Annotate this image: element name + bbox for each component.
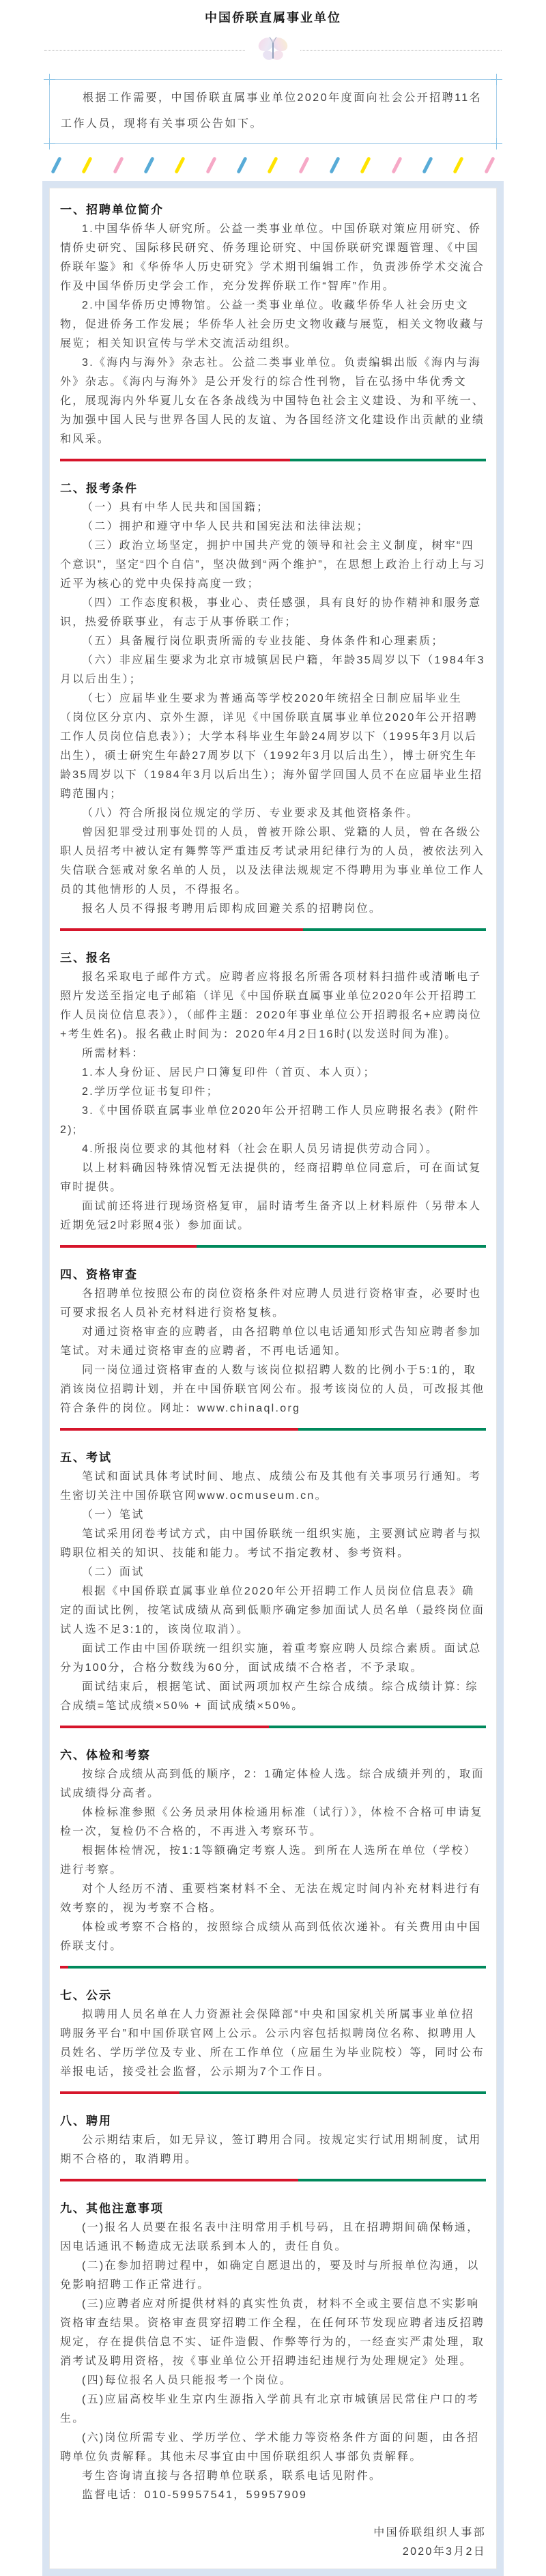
paragraph: 面试工作由中国侨联统一组织实施，着重考察应聘人员综合素质。面试总分为100分，合… <box>60 1640 486 1678</box>
slash-decoration <box>55 155 491 175</box>
slash-mark-icon <box>143 156 154 173</box>
announcement-section: 五、考试 笔试和面试具体考试时间、地点、成绩公布及其他有关事项另行通知。考生密切… <box>60 1448 486 1716</box>
paragraph: 报名人员不得报考聘用后即构成回避关系的招聘岗位。 <box>60 900 486 919</box>
page-title: 中国侨联直属事业单位 <box>0 8 546 27</box>
announcement-section: 九、其他注意事项 (一)报名人员要在报名表中注明常用手机号码，且在招聘期间确保畅… <box>60 2199 486 2505</box>
section-heading: 八、聘用 <box>60 2112 486 2131</box>
divider-red-segment <box>60 1966 68 1969</box>
section-heading: 一、招聘单位简介 <box>60 201 486 220</box>
intro-paragraph: 根据工作需要，中国侨联直属事业单位2020年度面向社会公开招聘11名工作人员，现… <box>61 85 485 137</box>
divider-red-segment <box>60 2179 298 2181</box>
divider-green-segment <box>179 2091 486 2094</box>
paragraph: (五)应届高校毕业生京内生源指入学前具有北京市城镇居民常住户口的考生。 <box>60 2390 486 2429</box>
paragraph: （五）具备履行岗位职责所需的专业技能、身体条件和心理素质； <box>60 632 486 651</box>
paragraph: (二)在参加招聘过程中，如确定自愿退出的，要及时与所报单位沟通，以免影响招聘工作… <box>60 2257 486 2295</box>
announcement-section: 一、招聘单位简介 1.中国华侨华人研究所。公益一类事业单位。中国侨联对策应用研究… <box>60 201 486 449</box>
paragraph: 所需材料： <box>60 1044 486 1063</box>
paragraph: 以上材料确因特殊情况暂无法提供的，经商招聘单位同意后，可在面试复审时提供。 <box>60 1159 486 1197</box>
paragraph: 2.学历学位证书复印件； <box>60 1083 486 1102</box>
slash-mark-icon <box>205 156 216 173</box>
section-divider <box>60 928 486 931</box>
divider-green-segment <box>298 2179 486 2181</box>
paragraph: 按综合成绩从高到低的顺序，2：1确定体检人选。综合成绩并列的，取面试成绩得分高者… <box>60 1765 486 1803</box>
announcement-section: 二、报考条件 （一）具有中华人民共和国国籍； （二）拥护和遵守中华人民共和国宪法… <box>60 479 486 919</box>
slash-mark-icon <box>236 156 247 173</box>
section-divider <box>60 1245 486 1248</box>
butterfly-decoration-row <box>44 27 502 71</box>
corner-cross-icon <box>491 74 502 85</box>
paragraph: 公示期结束后，如无异议，签订聘用合同。按规定实行试用期制度，试用期不合格的，取消… <box>60 2131 486 2169</box>
divider-red-segment <box>60 1245 197 1248</box>
section-divider <box>60 2091 486 2094</box>
paragraph: （六）非应届生要求为北京市城镇居民户籍，年龄35周岁以下（1984年3月以后出生… <box>60 651 486 689</box>
paragraph: 1.本人身份证、居民户口簿复印件（首页、本人页）； <box>60 1063 486 1083</box>
butterfly-icon <box>246 33 300 65</box>
paragraph: （二）拥护和遵守中华人民共和国宪法和法律法规； <box>60 517 486 536</box>
divider-red-segment <box>60 459 290 461</box>
paragraph: （一）笔试 <box>60 1506 486 1525</box>
paragraph: 3.《海内与海外》杂志社。公益二类事业单位。负责编辑出版《海内与海外》杂志。《海… <box>60 354 486 449</box>
paragraph: 面试前还将进行现场资格复审，届时请考生备齐以上材料原件（另带本人近期免冠2吋彩照… <box>60 1197 486 1235</box>
paragraph: 根据体检情况，按1:1等额确定考察人选。到所在人选所在单位（学校）进行考察。 <box>60 1842 486 1880</box>
paragraph: （四）工作态度积极，事业心、责任感强，具有良好的协作精神和服务意识，热爱侨联事业… <box>60 594 486 632</box>
announcement-section: 六、体检和考察 按综合成绩从高到低的顺序，2：1确定体检人选。综合成绩并列的，取… <box>60 1746 486 1956</box>
section-heading: 五、考试 <box>60 1448 486 1468</box>
paragraph: (三)应聘者应对所提供材料的真实性负责，材料不全或主要信息不实影响资格审查结果。… <box>60 2295 486 2371</box>
announcement-section: 八、聘用 公示期结束后，如无异议，签订聘用合同。按规定实行试用期制度，试用期不合… <box>60 2112 486 2169</box>
signature-block: 中国侨联组织人事部 2020年3月2日 <box>60 2523 486 2562</box>
slash-mark-icon <box>484 156 495 173</box>
divider-green-segment <box>197 1245 486 1248</box>
section-divider <box>60 2179 486 2181</box>
divider-red-segment <box>60 1726 269 1728</box>
slash-mark-icon <box>298 156 309 173</box>
paragraph: 同一岗位通过资格审查的人数与该岗位拟招聘人数的比例小于5:1的，取消该岗位招聘计… <box>60 1361 486 1418</box>
divider-green-segment <box>298 1428 486 1431</box>
section-divider <box>60 1726 486 1728</box>
paragraph: 报名采取电子邮件方式。应聘者应将报名所需各项材料扫描件或清晰电子照片发送至指定电… <box>60 968 486 1044</box>
paragraph: 各招聘单位按照公布的岗位资格条件对应聘人员进行资格审查，必要时也可要求报名人员补… <box>60 1285 486 1323</box>
corner-cross-icon <box>44 138 55 149</box>
paragraph: （八）符合所报岗位规定的学历、专业要求及其他资格条件。 <box>60 804 486 823</box>
section-divider <box>60 1966 486 1969</box>
section-divider <box>60 1428 486 1431</box>
divider-green-segment <box>68 1966 486 1969</box>
divider-red-segment <box>60 2091 179 2094</box>
paragraph: 考生咨询请直接与各招聘单位联系，联系电话见附件。 <box>60 2467 486 2486</box>
paragraph: 曾因犯罪受过刑事处罚的人员，曾被开除公职、党籍的人员，曾在各级公职人员招考中被认… <box>60 823 486 900</box>
slash-mark-icon <box>360 156 371 173</box>
announcement-section: 四、资格审查 各招聘单位按照公布的岗位资格条件对应聘人员进行资格审查，必要时也可… <box>60 1265 486 1418</box>
section-divider <box>60 459 486 461</box>
content-inner-panel: 一、招聘单位简介 1.中国华侨华人研究所。公益一类事业单位。中国侨联对策应用研究… <box>49 188 497 2569</box>
paragraph: (一)报名人员要在报名表中注明常用手机号码，且在招聘期间确保畅通，因电话通讯不畅… <box>60 2218 486 2257</box>
corner-cross-icon <box>44 74 55 85</box>
slash-mark-icon <box>51 156 61 173</box>
announcement-section: 七、公示 拟聘用人员名单在人力资源社会保障部“中央和国家机关所属事业单位招聘服务… <box>60 1986 486 2082</box>
section-heading: 九、其他注意事项 <box>60 2199 486 2218</box>
paragraph: (四)每位报名人员只能报考一个岗位。 <box>60 2371 486 2390</box>
divider-green-segment <box>269 1726 486 1728</box>
section-heading: 二、报考条件 <box>60 479 486 498</box>
slash-mark-icon <box>391 156 402 173</box>
divider-red-segment <box>60 928 303 931</box>
paragraph: 4.所报岗位要求的其他材料（社会在职人员另请提供劳动合同）。 <box>60 1140 486 1159</box>
paragraph: 根据《中国侨联直属事业单位2020年公开招聘工作人员岗位信息表》确定的面试比例，… <box>60 1582 486 1640</box>
paragraph: （一）具有中华人民共和国国籍； <box>60 498 486 517</box>
section-heading: 六、体检和考察 <box>60 1746 486 1765</box>
divider-green-segment <box>290 459 486 461</box>
paragraph: 体检或考察不合格的，按照综合成绩从高到低依次递补。有关费用由中国侨联支付。 <box>60 1918 486 1956</box>
section-heading: 四、资格审查 <box>60 1265 486 1285</box>
section-heading: 七、公示 <box>60 1986 486 2005</box>
paragraph: 1.中国华侨华人研究所。公益一类事业单位。中国侨联对策应用研究、侨情侨史研究、国… <box>60 220 486 296</box>
announcement-section: 三、报名 报名采取电子邮件方式。应聘者应将报名所需各项材料扫描件或清晰电子照片发… <box>60 949 486 1235</box>
divider-green-segment <box>303 928 486 931</box>
slash-mark-icon <box>82 156 93 173</box>
paragraph: 监督电话：010-59957541，59957909 <box>60 2486 486 2505</box>
paragraph: 笔试采用闭卷考试方式，由中国侨联统一组织实施，主要测试应聘者与拟聘职位相关的知识… <box>60 1525 486 1563</box>
slash-mark-icon <box>422 156 433 173</box>
paragraph: 对通过资格审查的应聘者，由各招聘单位以电话通知形式告知应聘者参加笔试。对未通过资… <box>60 1323 486 1361</box>
paragraph: 体检标准参照《公务员录用体检通用标准（试行）》，体检不合格可申请复检一次，复检仍… <box>60 1803 486 1842</box>
paragraph: 3.《中国侨联直属事业单位2020年公开招聘工作人员应聘报名表》(附件2); <box>60 1102 486 1140</box>
paragraph: 对个人经历不清、重要档案材料不全、无法在规定时间内补充材料进行有效考察的，视为考… <box>60 1880 486 1918</box>
paragraph: (六)岗位所需专业、学历学位、学术能力等资格条件方面的问题，由各招聘单位负责解释… <box>60 2429 486 2467</box>
paragraph: 2.中国华侨历史博物馆。公益一类事业单位。收藏华侨华人社会历史文物，促进侨务工作… <box>60 296 486 354</box>
intro-box: 根据工作需要，中国侨联直属事业单位2020年度面向社会公开招聘11名工作人员，现… <box>49 79 497 144</box>
slash-mark-icon <box>113 156 124 173</box>
paragraph: 面试结束后，根据笔试、面试两项加权产生综合成绩。综合成绩计算: 综合成绩=笔试成… <box>60 1678 486 1716</box>
signature-date: 2020年3月2日 <box>60 2543 486 2562</box>
paragraph: （二）面试 <box>60 1563 486 1582</box>
slash-mark-icon <box>175 156 186 173</box>
paragraph: （七）应届毕业生要求为普通高等学校2020年统招全日制应届毕业生（岗位区分京内、… <box>60 689 486 804</box>
slash-mark-icon <box>329 156 340 173</box>
paragraph: 笔试和面试具体考试时间、地点、成绩公布及其他有关事项另行通知。考生密切关注中国侨… <box>60 1468 486 1506</box>
slash-mark-icon <box>268 156 278 173</box>
divider-red-segment <box>60 1428 298 1431</box>
corner-cross-icon <box>491 138 502 149</box>
slash-mark-icon <box>453 156 464 173</box>
paragraph: （三）政治立场坚定，拥护中国共产党的领导和社会主义制度，树牢“四个意识”，坚定“… <box>60 536 486 594</box>
section-heading: 三、报名 <box>60 949 486 968</box>
content-outer-panel: 一、招聘单位简介 1.中国华侨华人研究所。公益一类事业单位。中国侨联对策应用研究… <box>42 181 504 2576</box>
paragraph: 拟聘用人员名单在人力资源社会保障部“中央和国家机关所属事业单位招聘服务平台”和中… <box>60 2005 486 2082</box>
signature-name: 中国侨联组织人事部 <box>60 2523 486 2543</box>
